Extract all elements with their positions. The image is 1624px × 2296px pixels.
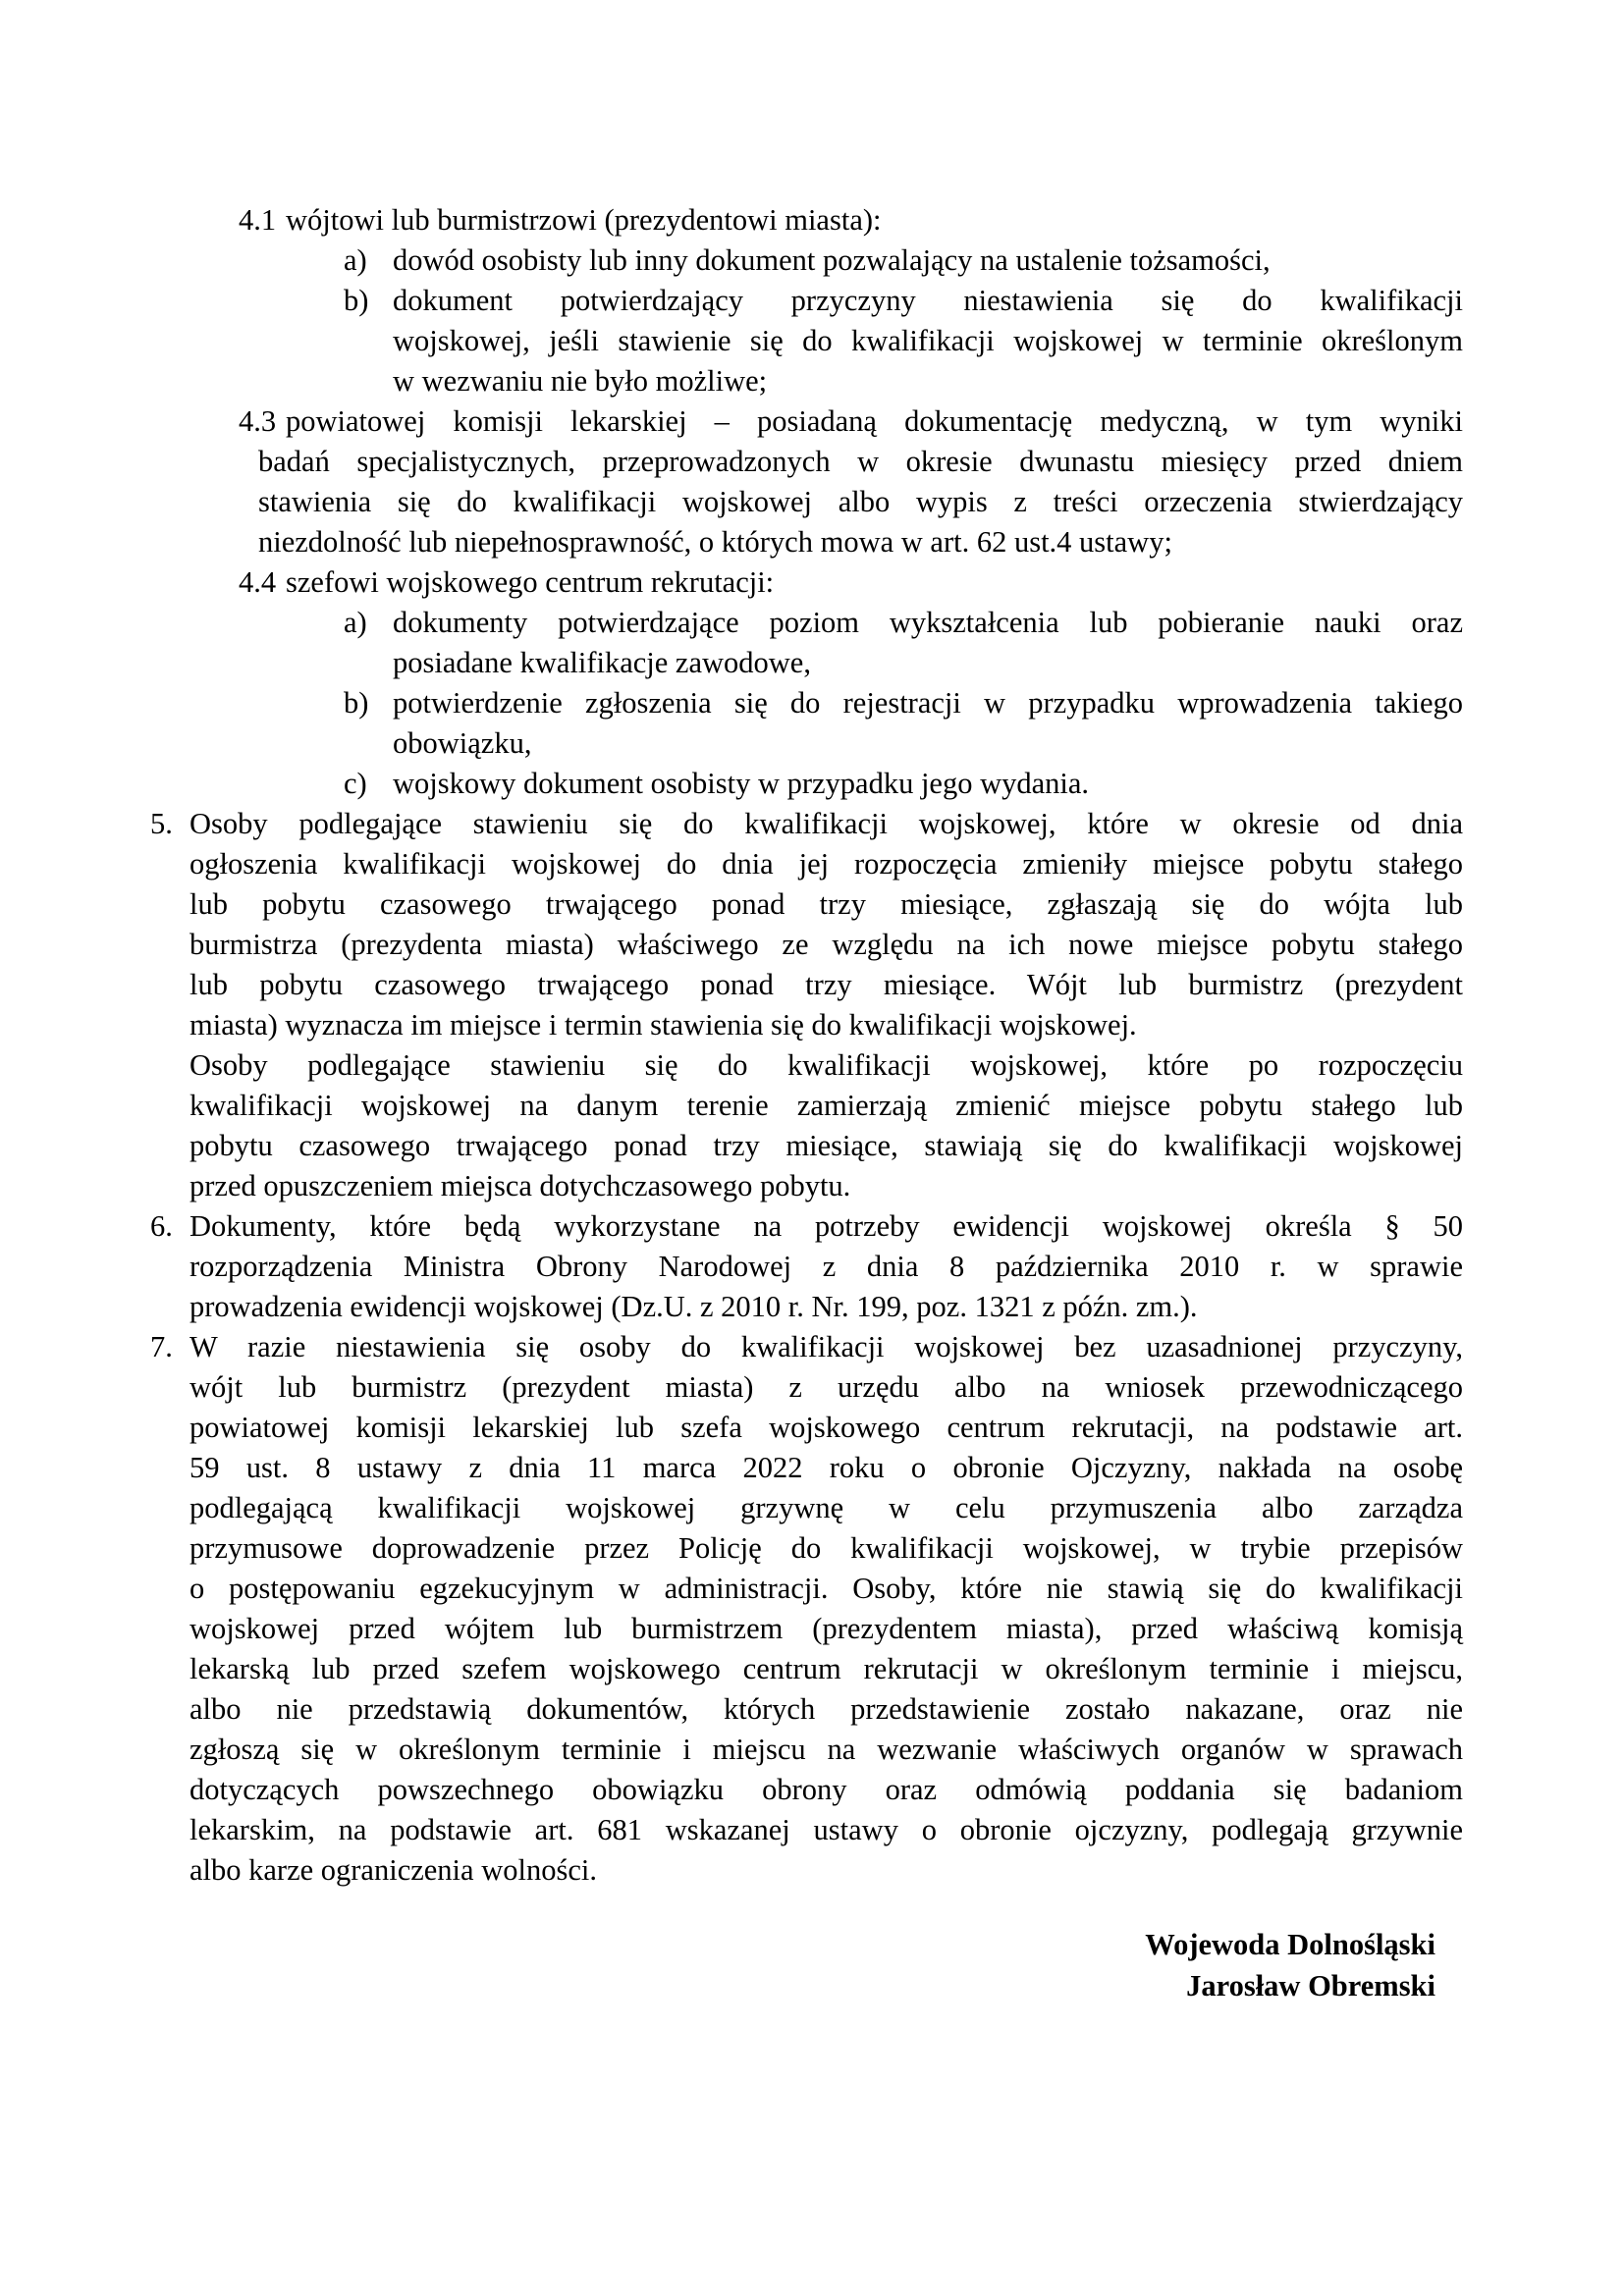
signature-title: Wojewoda Dolnośląski xyxy=(162,1924,1435,1965)
list-item-7: 7.W razie niestawienia się osoby do kwal… xyxy=(162,1327,1463,1891)
text-line: albo karze ograniczenia wolności. xyxy=(189,1850,1463,1891)
text-line: posiadane kwalifikacje zawodowe, xyxy=(393,643,1463,683)
list-marker: b) xyxy=(344,281,393,321)
list-item-b: b)potwierdzenie zgłoszenia się do rejest… xyxy=(162,683,1463,764)
list-marker: a) xyxy=(344,240,393,281)
document-page: 4.1wójtowi lub burmistrzowi (prezydentow… xyxy=(0,0,1624,2296)
text-line: kwalifikacji wojskowej na danym terenie … xyxy=(189,1086,1463,1126)
text-line: lub pobytu czasowego trwającego ponad tr… xyxy=(189,965,1463,1005)
text-line: 4.1wójtowi lub burmistrzowi (prezydentow… xyxy=(239,200,1463,240)
text-line: 59 ust. 8 ustawy z dnia 11 marca 2022 ro… xyxy=(189,1448,1463,1488)
text-line: b)potwierdzenie zgłoszenia się do rejest… xyxy=(344,683,1463,723)
text-line: 6.Dokumenty, które będą wykorzystane na … xyxy=(150,1206,1463,1247)
list-marker: 4.4 xyxy=(239,562,286,603)
signature-name: Jarosław Obremski xyxy=(162,1965,1435,2006)
text-line: badań specjalistycznych, przeprowadzonyc… xyxy=(258,442,1463,482)
signature-block: Wojewoda DolnośląskiJarosław Obremski xyxy=(162,1924,1463,2006)
list-marker: 4.3 xyxy=(239,401,286,442)
text-line: a)dowód osobisty lub inny dokument pozwa… xyxy=(344,240,1463,281)
list-item-41: 4.1wójtowi lub burmistrzowi (prezydentow… xyxy=(162,200,1463,240)
list-marker: 4.1 xyxy=(239,200,286,240)
list-item-a: a)dowód osobisty lub inny dokument pozwa… xyxy=(162,240,1463,281)
text-line: albo nie przedstawią dokumentów, których… xyxy=(189,1689,1463,1730)
list-marker: 7. xyxy=(150,1327,189,1367)
text-line: b)dokument potwierdzający przyczyny nies… xyxy=(344,281,1463,321)
text-line: wojskowej, jeśli stawienie się do kwalif… xyxy=(393,321,1463,361)
list-item-c: c)wojskowy dokument osobisty w przypadku… xyxy=(162,764,1463,804)
list-item-b: b)dokument potwierdzający przyczyny nies… xyxy=(162,281,1463,401)
text-line: rozporządzenia Ministra Obrony Narodowej… xyxy=(189,1247,1463,1287)
text-line: dotyczących powszechnego obowiązku obron… xyxy=(189,1770,1463,1810)
text-line: c)wojskowy dokument osobisty w przypadku… xyxy=(344,764,1463,804)
list-marker: 5. xyxy=(150,804,189,844)
list-item-6: 6.Dokumenty, które będą wykorzystane na … xyxy=(162,1206,1463,1327)
text-line: przymusowe doprowadzenie przez Policję d… xyxy=(189,1528,1463,1569)
text-line: lub pobytu czasowego trwającego ponad tr… xyxy=(189,884,1463,925)
list-marker: b) xyxy=(344,683,393,723)
text-line: 4.3powiatowej komisji lekarskiej – posia… xyxy=(239,401,1463,442)
text-line: lekarskim, na podstawie art. 681 wskazan… xyxy=(189,1810,1463,1850)
list-marker: a) xyxy=(344,603,393,643)
text-line: powiatowej komisji lekarskiej lub szefa … xyxy=(189,1408,1463,1448)
text-line: 5.Osoby podlegające stawieniu się do kwa… xyxy=(150,804,1463,844)
text-line: wójt lub burmistrz (prezydent miasta) z … xyxy=(189,1367,1463,1408)
text-line: a)dokumenty potwierdzające poziom wykszt… xyxy=(344,603,1463,643)
text-line: Osoby podlegające stawieniu się do kwali… xyxy=(189,1045,1463,1086)
text-line: 7.W razie niestawienia się osoby do kwal… xyxy=(150,1327,1463,1367)
text-line: burmistrza (prezydenta miasta) właściweg… xyxy=(189,925,1463,965)
document-body: 4.1wójtowi lub burmistrzowi (prezydentow… xyxy=(162,200,1463,2006)
text-line: niezdolność lub niepełnosprawność, o któ… xyxy=(258,522,1463,562)
text-line: o postępowaniu egzekucyjnym w administra… xyxy=(189,1569,1463,1609)
text-line: podlegającą kwalifikacji wojskowej grzyw… xyxy=(189,1488,1463,1528)
list-item-a: a)dokumenty potwierdzające poziom wykszt… xyxy=(162,603,1463,683)
text-line: zgłoszą się w określonym terminie i miej… xyxy=(189,1730,1463,1770)
paragraph: Osoby podlegające stawieniu się do kwali… xyxy=(162,1045,1463,1206)
text-line: przed opuszczeniem miejsca dotychczasowe… xyxy=(189,1166,1463,1206)
text-line: prowadzenia ewidencji wojskowej (Dz.U. z… xyxy=(189,1287,1463,1327)
list-item-43: 4.3powiatowej komisji lekarskiej – posia… xyxy=(162,401,1463,562)
text-line: pobytu czasowego trwającego ponad trzy m… xyxy=(189,1126,1463,1166)
text-line: 4.4szefowi wojskowego centrum rekrutacji… xyxy=(239,562,1463,603)
text-line: wojskowej przed wójtem lub burmistrzem (… xyxy=(189,1609,1463,1649)
text-line: stawienia się do kwalifikacji wojskowej … xyxy=(258,482,1463,522)
list-marker: c) xyxy=(344,764,393,804)
text-line: miasta) wyznacza im miejsce i termin sta… xyxy=(189,1005,1463,1045)
list-marker: 6. xyxy=(150,1206,189,1247)
text-line: lekarską lub przed szefem wojskowego cen… xyxy=(189,1649,1463,1689)
text-line: ogłoszenia kwalifikacji wojskowej do dni… xyxy=(189,844,1463,884)
text-line: obowiązku, xyxy=(393,723,1463,764)
text-line: w wezwaniu nie było możliwe; xyxy=(393,361,1463,401)
list-item-44: 4.4szefowi wojskowego centrum rekrutacji… xyxy=(162,562,1463,603)
list-item-5: 5.Osoby podlegające stawieniu się do kwa… xyxy=(162,804,1463,1045)
